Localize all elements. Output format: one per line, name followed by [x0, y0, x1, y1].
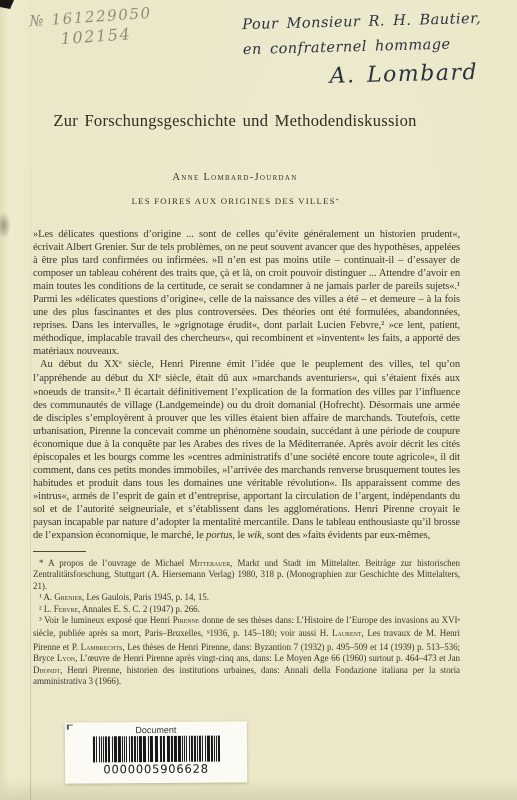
footnote-1: ¹ A. Grenier, Les Gaulois, Paris 1945, p…	[33, 592, 460, 603]
signature: A. Lombard	[329, 57, 483, 92]
barcode-bars	[65, 735, 247, 762]
text-column: »Les délicates questions d’origine ... s…	[33, 228, 460, 687]
barcode-label: Document 0000005906628	[65, 721, 247, 783]
body-paragraph-2: Au début du XXe siècle, Henri Pirenne ém…	[33, 358, 460, 542]
footnotes: * A propos de l’ouvrage de Michael Mitte…	[33, 558, 460, 687]
section-title: Zur Forschungsgeschichte und Methodendis…	[0, 111, 470, 131]
footnote-rule	[33, 551, 86, 552]
label-corner-mark	[67, 725, 73, 730]
handwritten-dedication: Pour Monsieur R. H. Bautier, en confrate…	[242, 7, 483, 94]
barcode-number: 0000005906628	[65, 761, 247, 776]
footnote-3: ³ Voir le lumineux exposé que Henri Pire…	[33, 615, 460, 687]
edge-smudge-artifact	[0, 212, 11, 239]
author-name: Anne Lombard-Jourdan	[0, 172, 470, 183]
barcode-caption: Document	[65, 724, 247, 735]
pencil-shelfmark: № 161229050 102154	[29, 4, 154, 50]
body-paragraph-1: »Les délicates questions d’origine ... s…	[33, 228, 460, 358]
scan-corner-artifact	[0, 0, 14, 9]
article-title: LES FOIRES AUX ORIGINES DES VILLES*	[0, 196, 470, 206]
scanned-page: № 161229050 102154 Pour Monsieur R. H. B…	[0, 0, 517, 800]
footnote-star: * A propos de l’ouvrage de Michael Mitte…	[33, 558, 460, 592]
footnote-2: ² L. Febvre, Annales E. S. C. 2 (1947) p…	[33, 604, 460, 615]
